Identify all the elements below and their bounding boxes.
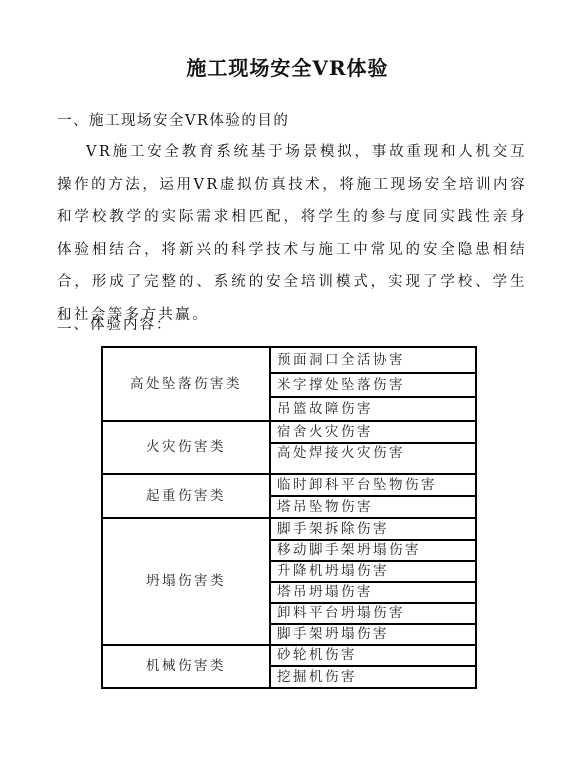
table-row: 机械伤害类 砂轮机伤害 bbox=[102, 645, 476, 666]
section2-heading: 二、体验内容： bbox=[57, 313, 173, 334]
item-cell: 挖掘机伤害 bbox=[270, 666, 476, 688]
section1-heading: 一、施工现场安全VR体验的目的 bbox=[57, 109, 289, 130]
item-cell: 预面洞口全活协害 bbox=[270, 347, 476, 373]
experience-table: 高处坠落伤害类 预面洞口全活协害 米字撑处坠落伤害 吊篮故障伤害 火灾伤害类 宿… bbox=[101, 346, 477, 689]
item-cell: 宿舍火灾伤害 bbox=[270, 421, 476, 443]
item-cell: 脚手架拆除伤害 bbox=[270, 518, 476, 540]
table-row: 起重伤害类 临时卸科平台坠物伤害 bbox=[102, 474, 476, 496]
table-row: 坍塌伤害类 脚手架拆除伤害 bbox=[102, 518, 476, 540]
item-cell: 米字撑处坠落伤害 bbox=[270, 373, 476, 397]
category-cell: 坍塌伤害类 bbox=[102, 518, 270, 645]
category-cell: 机械伤害类 bbox=[102, 645, 270, 688]
item-cell: 临时卸科平台坠物伤害 bbox=[270, 474, 476, 496]
category-cell: 火灾伤害类 bbox=[102, 421, 270, 474]
item-cell: 移动脚手架坍塌伤害 bbox=[270, 540, 476, 561]
table-row: 高处坠落伤害类 预面洞口全活协害 bbox=[102, 347, 476, 373]
document-title: 施工现场安全VR体验 bbox=[0, 52, 575, 81]
category-cell: 起重伤害类 bbox=[102, 474, 270, 518]
table-row: 火灾伤害类 宿舍火灾伤害 bbox=[102, 421, 476, 443]
section1-paragraph: VR施工安全教育系统基于场景模拟，事故重现和人机交互操作的方法，运用VR虚拟仿真… bbox=[57, 136, 527, 331]
item-cell: 砂轮机伤害 bbox=[270, 645, 476, 666]
category-cell: 高处坠落伤害类 bbox=[102, 347, 270, 421]
item-cell: 塔吊坍塌伤害 bbox=[270, 582, 476, 603]
item-cell: 高处焊接火灾伤害 bbox=[270, 443, 476, 474]
item-cell: 塔吊坠物伤害 bbox=[270, 496, 476, 518]
item-cell: 脚手架坍塌伤害 bbox=[270, 624, 476, 645]
item-cell: 卸料平台坍塌伤害 bbox=[270, 603, 476, 624]
item-cell: 吊篮故障伤害 bbox=[270, 397, 476, 421]
item-cell: 升降机坍塌伤害 bbox=[270, 561, 476, 582]
